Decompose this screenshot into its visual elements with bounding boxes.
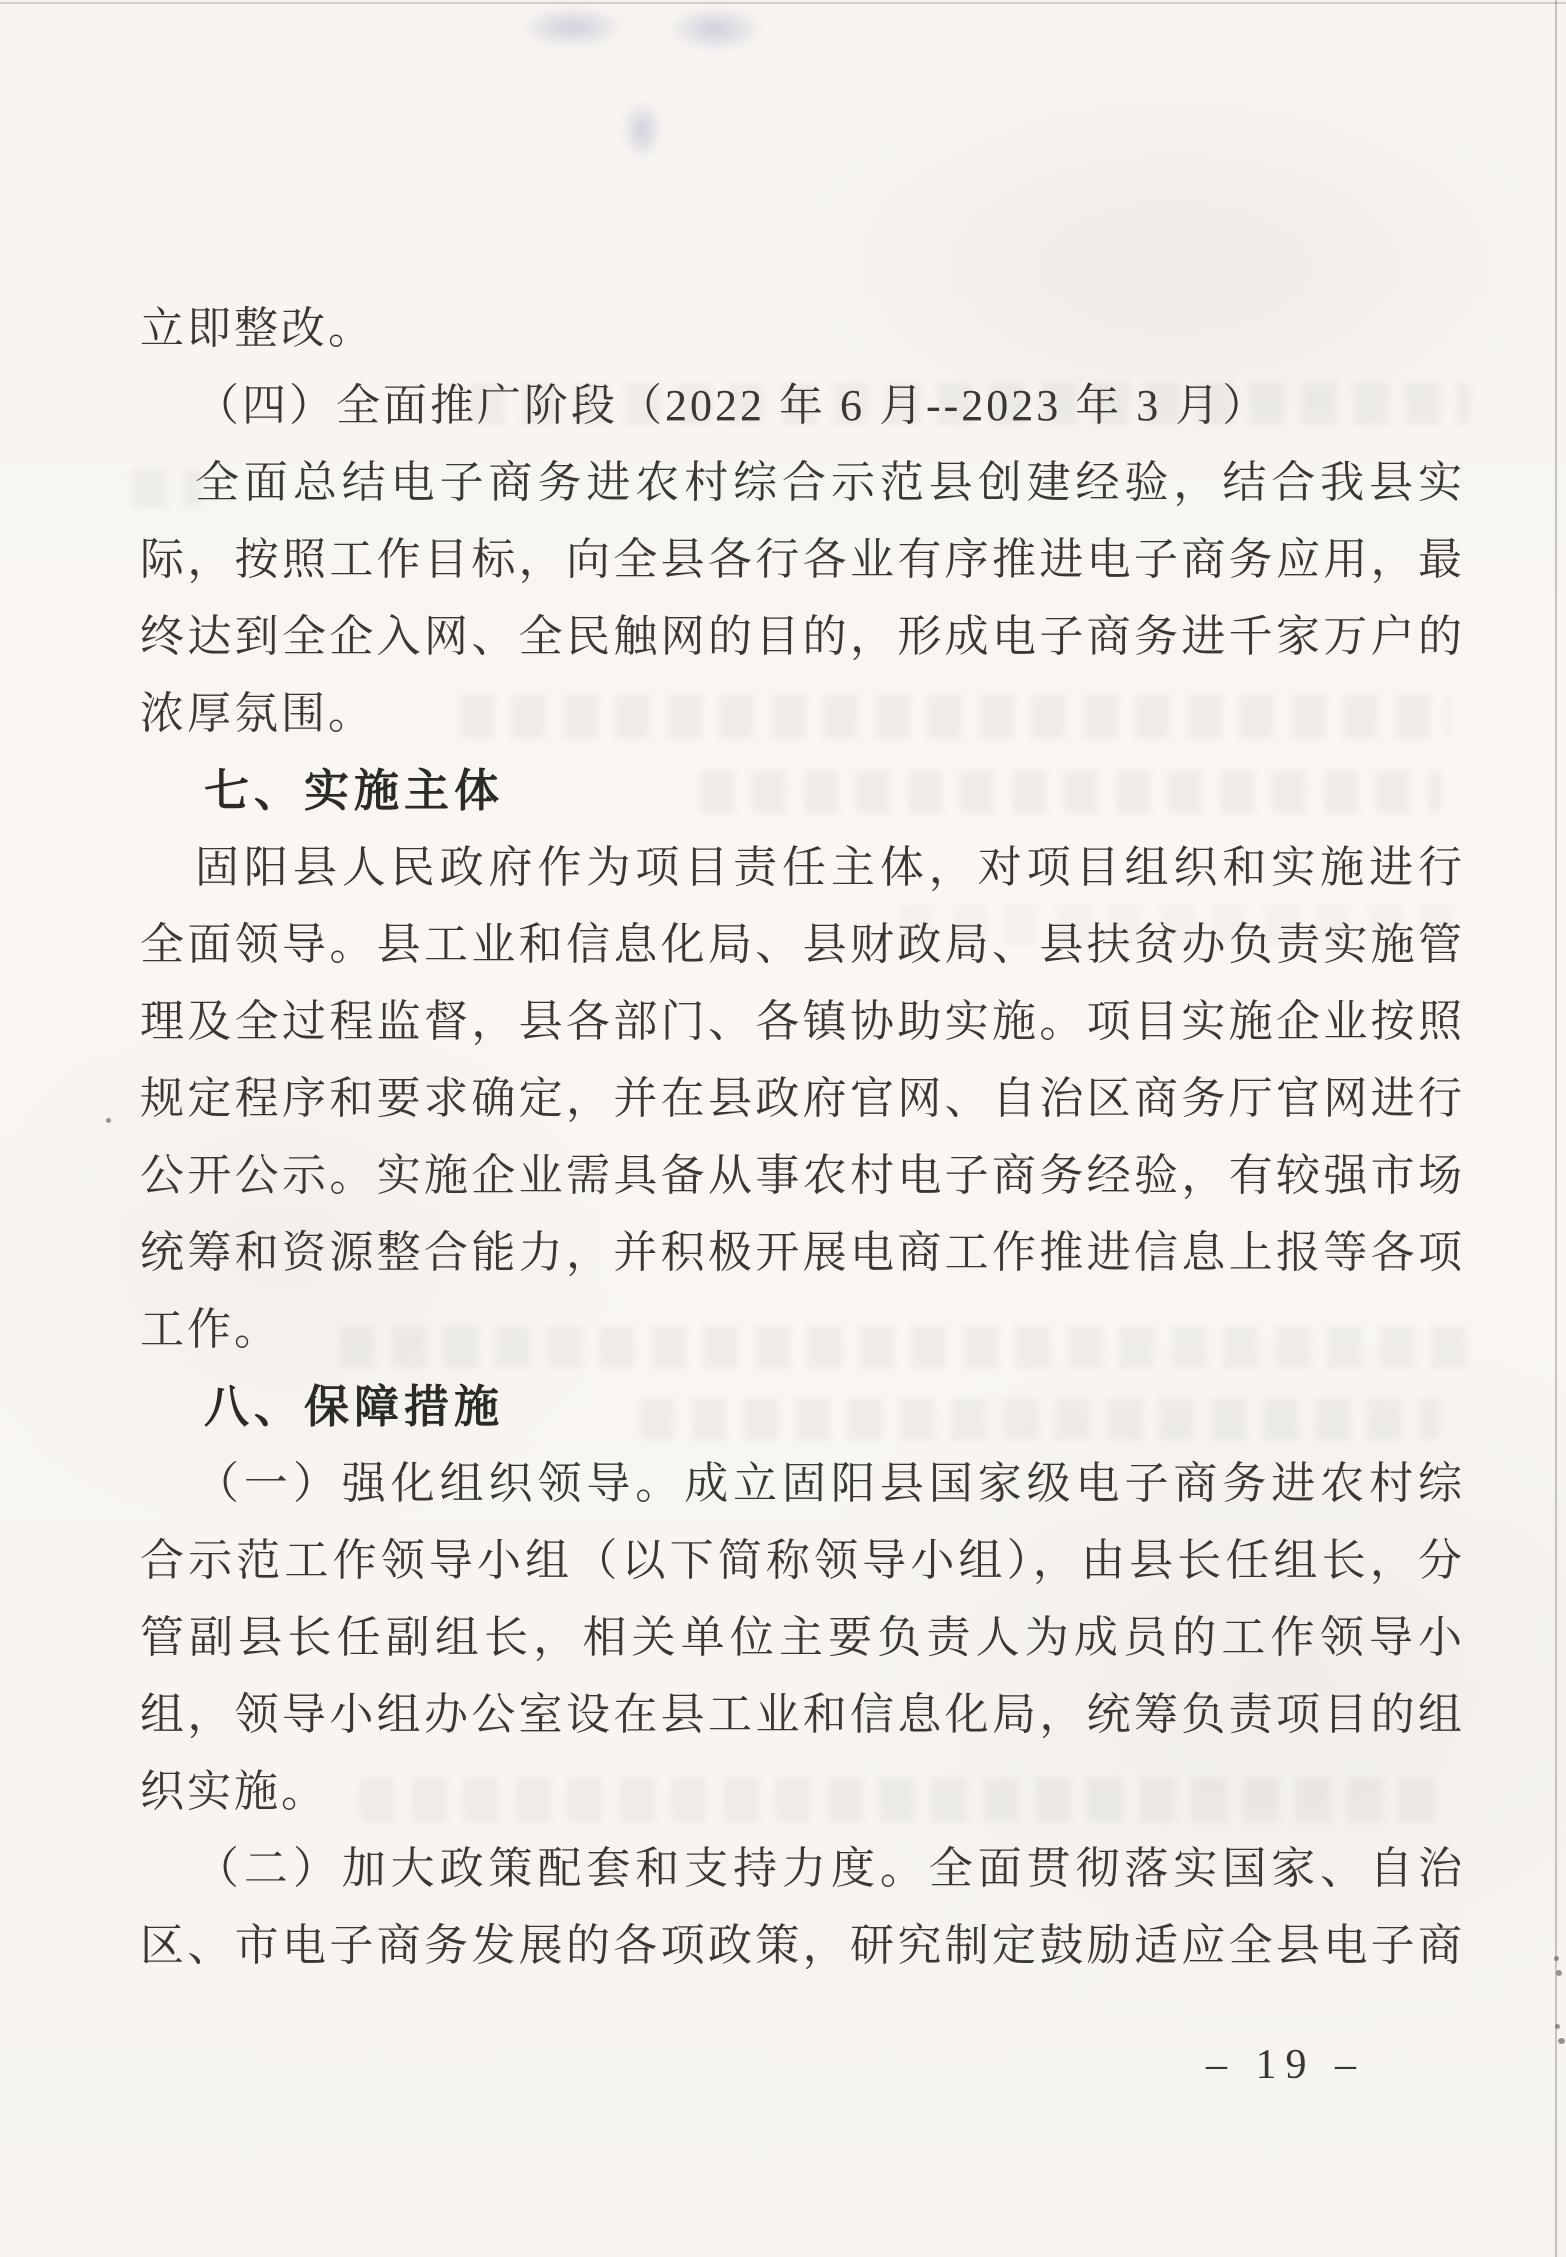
text-line: 组，领导小组办公室设在县工业和信息化局，统筹负责项目的组 xyxy=(140,1676,1462,1753)
text-line: 理及全过程监督，县各部门、各镇协助实施。项目实施企业按照 xyxy=(140,983,1462,1060)
scan-right-edge-line xyxy=(1555,0,1557,2257)
text-line: （一）强化组织领导。成立固阳县国家级电子商务进农村综 xyxy=(140,1445,1462,1522)
document-body: 立即整改。（四）全面推广阶段（2022 年 6 月--2023 年 3 月）全面… xyxy=(140,290,1462,1984)
text-line: （二）加大政策配套和支持力度。全面贯彻落实国家、自治 xyxy=(140,1830,1462,1907)
scan-speck xyxy=(1556,1970,1562,1976)
scan-smudge xyxy=(520,6,625,48)
text-line: 管副县长任副组长，相关单位主要负责人为成员的工作领导小 xyxy=(140,1599,1462,1676)
text-line: 合示范工作领导小组（以下简称领导小组），由县长任组长，分 xyxy=(140,1522,1462,1599)
section-heading: 七、实施主体 xyxy=(140,752,1462,829)
text-line: 终达到全企入网、全民触网的目的，形成电子商务进千家万户的 xyxy=(140,598,1462,675)
text-line: 工作。 xyxy=(140,1291,1462,1368)
text-line: 织实施。 xyxy=(140,1753,1462,1830)
scanned-document-page: 立即整改。（四）全面推广阶段（2022 年 6 月--2023 年 3 月）全面… xyxy=(0,0,1566,2257)
text-line: 立即整改。 xyxy=(140,290,1462,367)
text-line: 全面总结电子商务进农村综合示范县创建经验，结合我县实 xyxy=(140,444,1462,521)
section-heading: 八、保障措施 xyxy=(140,1368,1462,1445)
text-line: 公开公示。实施企业需具备从事农村电子商务经验，有较强市场 xyxy=(140,1137,1462,1214)
text-line: 区、市电子商务发展的各项政策，研究制定鼓励适应全县电子商 xyxy=(140,1907,1462,1984)
page-number: – 19 – xyxy=(1206,2041,1365,2089)
text-line: （四）全面推广阶段（2022 年 6 月--2023 年 3 月） xyxy=(140,367,1462,444)
text-line: 际，按照工作目标，向全县各行各业有序推进电子商务应用，最 xyxy=(140,521,1462,598)
text-line: 规定程序和要求确定，并在县政府官网、自治区商务厅官网进行 xyxy=(140,1060,1462,1137)
scan-speck xyxy=(1554,1956,1559,1961)
text-line: 浓厚氛围。 xyxy=(140,675,1462,752)
scan-speck xyxy=(106,1118,111,1123)
scan-top-edge-line xyxy=(0,2,1566,4)
scan-speck xyxy=(1555,2024,1560,2029)
scan-smudge xyxy=(668,6,763,52)
text-line: 固阳县人民政府作为项目责任主体，对项目组织和实施进行 xyxy=(140,829,1462,906)
scan-smudge xyxy=(622,100,662,160)
text-line: 全面领导。县工业和信息化局、县财政局、县扶贫办负责实施管 xyxy=(140,906,1462,983)
scan-speck xyxy=(1558,2038,1565,2044)
text-line: 统筹和资源整合能力，并积极开展电商工作推进信息上报等各项 xyxy=(140,1214,1462,1291)
